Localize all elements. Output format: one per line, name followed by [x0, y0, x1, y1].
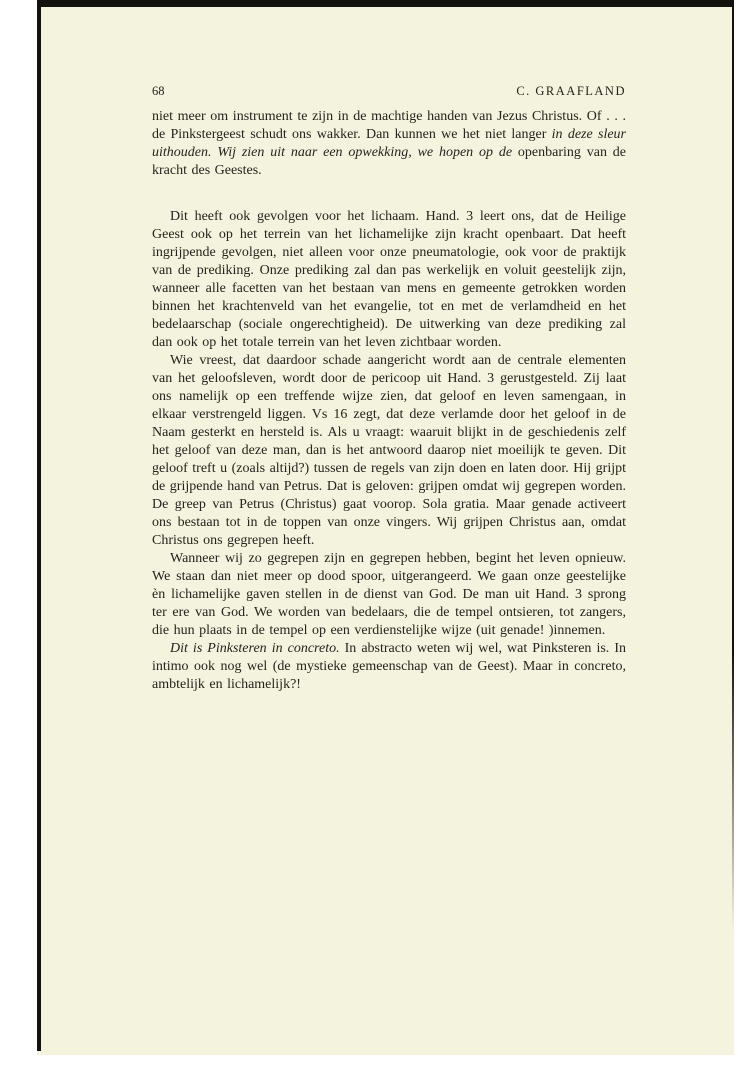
- article-body: niet meer om instrument te zijn in de ma…: [152, 108, 626, 694]
- scan-edge-top: [37, 0, 734, 7]
- running-header: 68 C. GRAAFLAND: [152, 84, 626, 98]
- paragraph-text: Wanneer wij zo gegrepen zijn en gegrepen…: [152, 551, 626, 638]
- paragraph-text-emphasis: Dit is Pinksteren in concreto.: [170, 641, 340, 656]
- paragraph-text: Wie vreest, dat daardoor schade aangeric…: [152, 353, 626, 548]
- paragraph: Dit is Pinksteren in concreto. In abstra…: [152, 640, 626, 694]
- paragraph: Wanneer wij zo gegrepen zijn en gegrepen…: [152, 550, 626, 640]
- page-content: 68 C. GRAAFLAND niet meer om instrument …: [152, 84, 626, 694]
- page-number: 68: [152, 84, 165, 98]
- running-title: C. GRAAFLAND: [516, 84, 626, 98]
- scan-edge-right: [732, 0, 734, 930]
- paragraph: niet meer om instrument te zijn in de ma…: [152, 108, 626, 180]
- paragraph-text: Dit heeft ook gevolgen voor het lichaam.…: [152, 209, 626, 350]
- paragraph: Wie vreest, dat daardoor schade aangeric…: [152, 352, 626, 550]
- scanned-page: 68 C. GRAAFLAND niet meer om instrument …: [37, 0, 734, 1055]
- paragraph: Dit heeft ook gevolgen voor het lichaam.…: [152, 208, 626, 352]
- scan-edge-left: [37, 0, 41, 1051]
